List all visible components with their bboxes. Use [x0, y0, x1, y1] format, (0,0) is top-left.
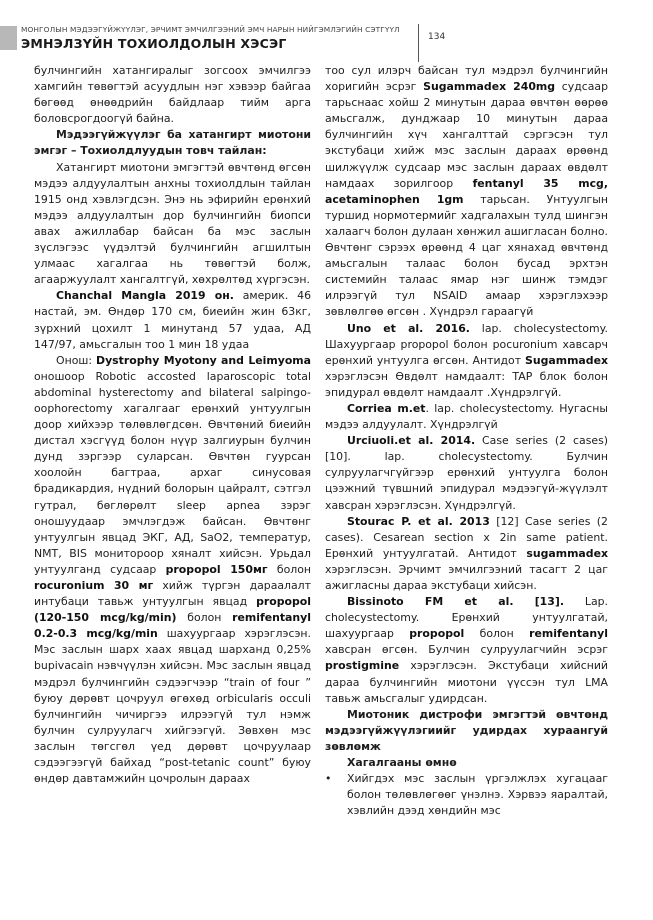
- section-title: ЭМНЭЛЗҮЙН ТОХИОЛДОЛЫН ХЭСЭГ: [21, 36, 287, 51]
- text: оношоор Robotic accosted laparoscopic to…: [34, 370, 311, 576]
- text: хэрэглэсэн. Эрчимт эмчилгээний тасагт 2 …: [325, 563, 608, 592]
- text: судсаар тарьснаас хойш 2 минутын дараа ө…: [325, 80, 608, 190]
- header-gray-square-icon: [0, 26, 17, 50]
- case-author: Bissinoto FM et al. [13].: [347, 595, 564, 608]
- case-author: Uno et al. 2016.: [347, 322, 470, 335]
- paragraph-intro-continuation: булчингийн хатангиралыг зогсоох эмчилгээ…: [34, 63, 311, 127]
- text: хавсран өгсөн. Булчин сулруулагчийн эсрэ…: [325, 643, 608, 656]
- drug-name: sugammadex: [526, 547, 608, 560]
- drug-name: propopol: [409, 627, 464, 640]
- paragraph-case-mangla: Chanchal Mangla 2019 он. америк. 46 наст…: [34, 288, 311, 352]
- bullet-item: • Хийгдэх мэс заслын үргэлжлэх хугацааг …: [325, 771, 608, 819]
- case-author: Corriea m.et: [347, 402, 425, 415]
- diagnosis-term: Dystrophy Myotony and Leimyoma: [96, 354, 311, 367]
- paragraph-case-stourac: Stourac P. et al. 2013 [12] Case series …: [325, 514, 608, 594]
- text: хэрэглэсэн Өвдөлт намдаалт: TAP блок бол…: [325, 370, 608, 399]
- text: шахуургаар хэрэглэсэн. Мэс заслын шарх х…: [34, 627, 311, 785]
- bullet-icon: •: [325, 771, 347, 819]
- text: Онош:: [56, 354, 96, 367]
- right-column: тоо сул илэрч байсан тул мэдрэл булчинги…: [325, 63, 608, 819]
- left-column: булчингийн хатангиралыг зогсоох эмчилгээ…: [34, 63, 311, 787]
- text: болон: [268, 563, 311, 576]
- section-heading-case-reports: Мэдээгүйжүүлэг ба хатангирт миотони эмгэ…: [34, 127, 311, 159]
- drug-dose: rocuronium 30 мг: [34, 579, 153, 592]
- drug-name: Sugammadex: [525, 354, 608, 367]
- journal-title: МОНГОЛЫН МЭДЭЭГҮЙЖҮҮЛЭГ, ЭРЧИМТ ЭМЧИЛГЭЭ…: [21, 25, 400, 34]
- page-header: МОНГОЛЫН МЭДЭЭГҮЙЖҮҮЛЭГ, ЭРЧИМТ ЭМЧИЛГЭЭ…: [0, 24, 653, 54]
- drug-dose: Sugammadex 240mg: [423, 80, 555, 93]
- section-heading-recommendations: Миотоник дистрофи эмгэгтэй өвчтөнд мэдээ…: [325, 707, 608, 755]
- drug-name: remifentanyl: [529, 627, 608, 640]
- case-author: Urciuoli.et al. 2014.: [347, 434, 475, 447]
- subheading-preoperative: Хагалгааны өмнө: [325, 755, 608, 771]
- paragraph-diagnosis: Онош: Dystrophy Myotony and Leimyoma оно…: [34, 353, 311, 788]
- case-author: Chanchal Mangla 2019 он.: [56, 289, 234, 302]
- text: болон: [464, 627, 529, 640]
- paragraph-history: Хатангирт миотони эмгэгтэй өвчтөнд өгсөн…: [34, 160, 311, 289]
- bullet-text: Хийгдэх мэс заслын үргэлжлэх хугацааг бо…: [347, 771, 608, 819]
- paragraph-case-urciuoli: Urciuoli.et al. 2014. Case series (2 cas…: [325, 433, 608, 513]
- paragraph-continuation: тоо сул илэрч байсан тул мэдрэл булчинги…: [325, 63, 608, 321]
- paragraph-case-bissinoto: Bissinoto FM et al. [13]. Lap. cholecyst…: [325, 594, 608, 707]
- paragraph-case-corriea: Corriea m.et. lap. cholecystectomy. Нуга…: [325, 401, 608, 433]
- drug-name: prostigmine: [325, 659, 399, 672]
- paragraph-case-uno: Uno et al. 2016. lap. cholecystectomy. Ш…: [325, 321, 608, 401]
- header-divider: [418, 24, 419, 62]
- page-number: 134: [428, 32, 445, 42]
- text: тарьсан. Унтуулгын туршид нормотермийг х…: [325, 193, 608, 319]
- drug-dose: propopol 150мг: [166, 563, 268, 576]
- case-author: Stourac P. et al. 2013: [347, 515, 490, 528]
- text: болон: [176, 611, 232, 624]
